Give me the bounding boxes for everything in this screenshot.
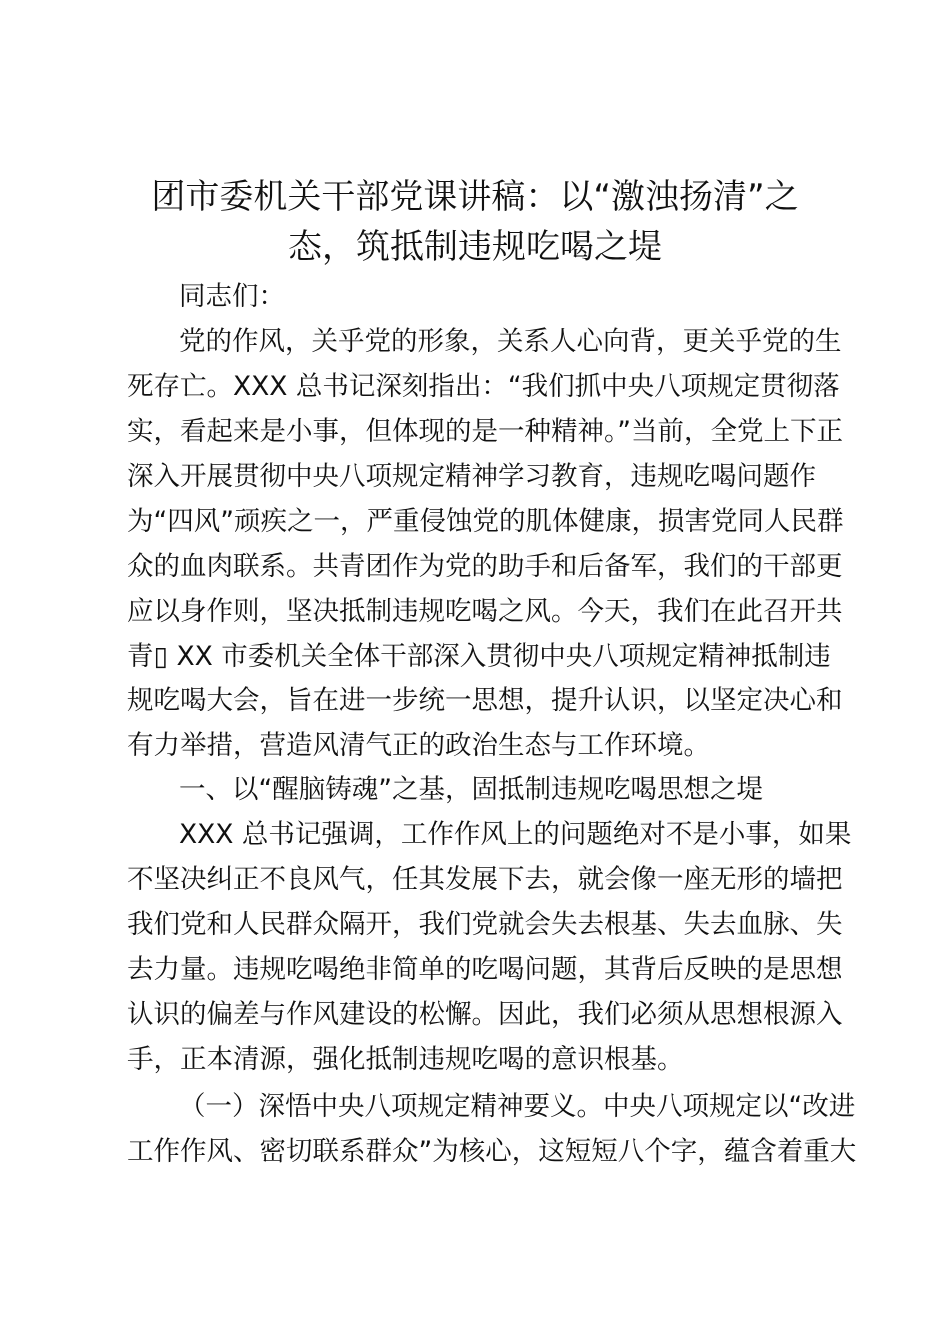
paragraph-line: 深入开展贯彻中央八项规定精神学习教育，违规吃喝问题作 (127, 457, 847, 497)
paragraph-line: 青▯ XX 市委机关全体干部深入贯彻中央八项规定精神抵制违 (127, 637, 847, 677)
paragraph-line: 手，正本清源，强化抵制违规吃喝的意识根基。 (127, 1040, 847, 1080)
paragraph-line: 实，看起来是小事，但体现的是一种精神。”当前，全党上下正 (127, 412, 847, 452)
paragraph-line: 我们党和人民群众隔开，我们党就会失去根基、失去血脉、失 (127, 905, 847, 945)
paragraph-line: 规吃喝大会，旨在进一步统一思想，提升认识，以坚定决心和 (127, 681, 847, 721)
paragraph-line: XXX 总书记强调，工作作风上的问题绝对不是小事，如果 (179, 815, 899, 855)
document-title-line-2: 态，筑抵制违规吃喝之堤 (120, 222, 830, 272)
document-title-line-1: 团市委机关干部党课讲稿：以“激浊扬清”之 (120, 172, 830, 222)
paragraph-line: 有力举措，营造风清气正的政治生态与工作环境。 (127, 726, 847, 766)
paragraph-line: 工作作风、密切联系群众”为核心，这短短八个字，蕴含着重大 (127, 1132, 847, 1172)
section-heading: 一、以“醒脑铸魂”之基，固抵制违规吃喝思想之堤 (179, 770, 899, 810)
paragraph-line: 死存亡。XXX 总书记深刻指出：“我们抓中央八项规定贯彻落 (127, 367, 847, 407)
salutation: 同志们： (179, 277, 899, 317)
paragraph-line: 应以身作则，坚决抵制违规吃喝之风。今天，我们在此召开共 (127, 592, 847, 632)
paragraph-line: 不坚决纠正不良风气，任其发展下去，就会像一座无形的墙把 (127, 860, 847, 900)
paragraph-line: 党的作风，关乎党的形象，关系人心向背，更关乎党的生 (179, 322, 899, 362)
paragraph-line: 认识的偏差与作风建设的松懈。因此，我们必须从思想根源入 (127, 995, 847, 1035)
document-page: 团市委机关干部党课讲稿：以“激浊扬清”之 态，筑抵制违规吃喝之堤 同志们： 党的… (0, 0, 950, 1344)
subsection-heading-line: （一）深悟中央八项规定精神要义。中央八项规定以“改进 (179, 1087, 899, 1127)
paragraph-line: 去力量。违规吃喝绝非简单的吃喝问题，其背后反映的是思想 (127, 950, 847, 990)
paragraph-line: 为“四风”顽疾之一，严重侵蚀党的肌体健康，损害党同人民群 (127, 502, 847, 542)
paragraph-line: 众的血肉联系。共青团作为党的助手和后备军，我们的干部更 (127, 547, 847, 587)
